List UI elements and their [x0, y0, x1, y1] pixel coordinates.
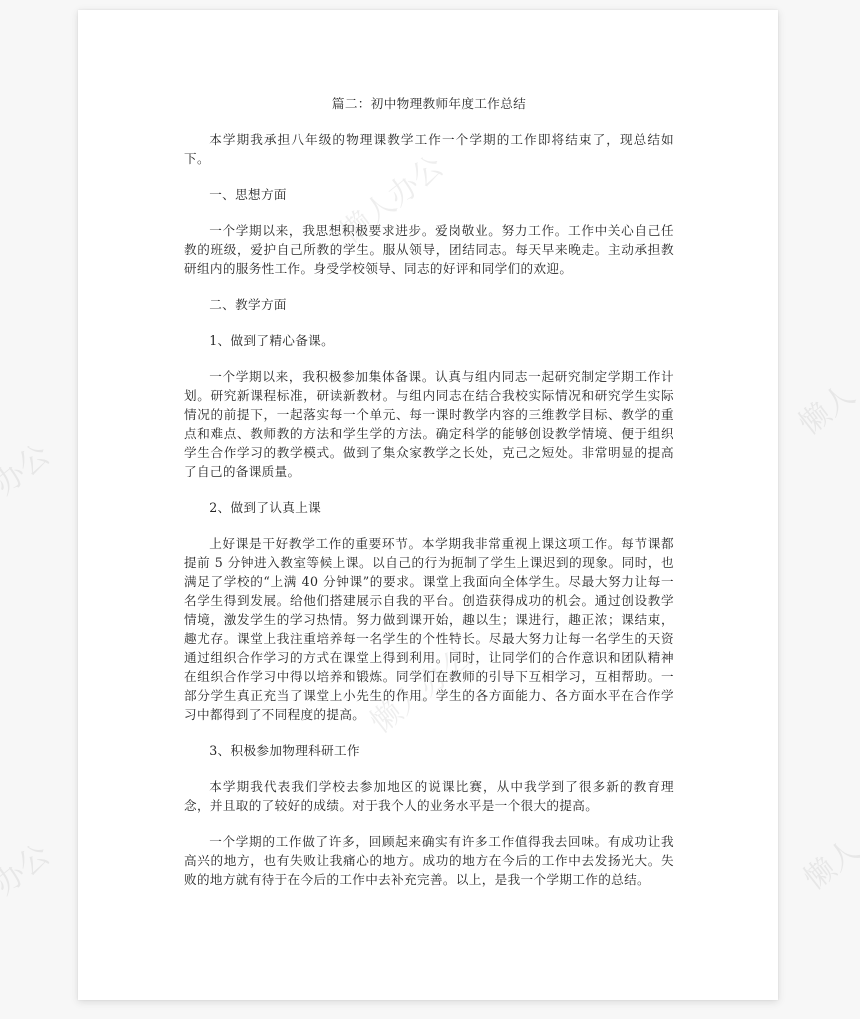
document-title: 篇二：初中物理教师年度工作总结 — [184, 94, 674, 113]
subsection-heading-research: 3、积极参加物理科研工作 — [184, 741, 674, 760]
watermark-text-right-edge: 懒人 — [788, 371, 860, 443]
subsection-paragraph-lesson-prep: 一个学期以来，我积极参加集体备课。认真与组内同志一起研究制定学期工作计划。研究新… — [184, 367, 674, 481]
intro-paragraph: 本学期我承担八年级的物理课教学工作一个学期的工作即将结束了，现总结如下。 — [184, 130, 674, 168]
watermark-text-left-edge: 办公 — [0, 431, 57, 503]
document-body: 篇二：初中物理教师年度工作总结 本学期我承担八年级的物理课教学工作一个学期的工作… — [184, 94, 674, 906]
section-paragraph-ideology: 一个学期以来，我思想积极要求进步。爱岗敬业。努力工作。工作中关心自己任教的班级，… — [184, 221, 674, 278]
subsection-paragraph-research: 本学期我代表我们学校去参加地区的说课比赛，从中我学到了很多新的教育理念，并且取的… — [184, 777, 674, 815]
subsection-paragraph-teaching-class: 上好课是干好教学工作的重要环节。本学期我非常重视上课这项工作。每节课都提前 5 … — [184, 534, 674, 724]
watermark-text-right-bottom: 懒人 — [793, 826, 860, 898]
subsection-heading-lesson-prep: 1、做到了精心备课。 — [184, 331, 674, 350]
watermark-text-left-bottom: 办公 — [0, 831, 57, 903]
section-heading-ideology: 一、思想方面 — [184, 185, 674, 204]
conclusion-paragraph: 一个学期的工作做了许多，回顾起来确实有许多工作值得我去回味。有成功让我高兴的地方… — [184, 832, 674, 889]
section-heading-teaching: 二、教学方面 — [184, 295, 674, 314]
document-page: 篇二：初中物理教师年度工作总结 本学期我承担八年级的物理课教学工作一个学期的工作… — [78, 10, 778, 1000]
subsection-heading-teaching-class: 2、做到了认真上课 — [184, 498, 674, 517]
